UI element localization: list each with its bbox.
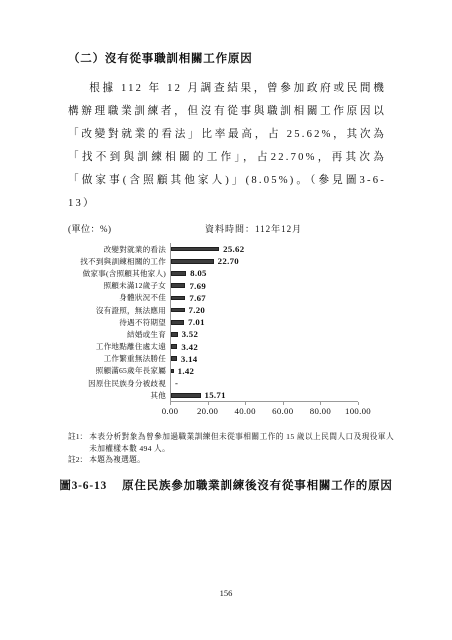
- chart-row: 待遇不符期望7.01: [64, 316, 452, 328]
- note-2-label: 註2：: [68, 454, 87, 466]
- bar: [171, 271, 186, 276]
- bar: [171, 369, 174, 374]
- bar: [171, 356, 177, 361]
- plot-area: 7.20: [170, 304, 452, 316]
- chart-row: 因原住民族身分被歧視-: [64, 377, 452, 389]
- axis-tick-label: 40.00: [235, 406, 256, 416]
- bar: [171, 283, 185, 288]
- plot-area: 1.42: [170, 365, 452, 377]
- category-label: 照顧未滿12歲子女: [64, 280, 170, 291]
- plot-area: 15.71: [170, 389, 452, 401]
- note-1-text: 本表分析對象為曾參加過職業訓練但未從事相關工作的 15 歲以上民間人口及現役軍人…: [89, 431, 394, 454]
- bar: [171, 393, 201, 398]
- chart-rows: 改變對就業的看法25.62找不到與訓練相關的工作22.70做家事(含照顧其他家人…: [64, 243, 452, 401]
- chart-row: 身體狀況不佳7.67: [64, 292, 452, 304]
- chart-row: 結婚或生育3.52: [64, 328, 452, 340]
- page-number: 156: [0, 588, 452, 598]
- bar: [171, 344, 177, 349]
- chart-row: 工作繁重無法勝任3.14: [64, 353, 452, 365]
- chart-row: 照顧滿65歲年長家屬1.42: [64, 365, 452, 377]
- note-1: 註1： 本表分析對象為曾參加過職業訓練但未從事相關工作的 15 歲以上民間人口及…: [68, 431, 394, 454]
- plot-area: 3.14: [170, 353, 452, 365]
- category-label: 照顧滿65歲年長家屬: [64, 365, 170, 376]
- value-label: 7.69: [189, 281, 206, 291]
- note-1-label: 註1：: [68, 431, 87, 454]
- bar: [171, 332, 178, 337]
- plot-area: 7.01: [170, 316, 452, 328]
- category-label: 結婚或生育: [64, 329, 170, 340]
- category-label: 待遇不符期望: [64, 317, 170, 328]
- note-2-text: 本題為複選題。: [89, 454, 394, 466]
- plot-area: 3.52: [170, 328, 452, 340]
- figure-caption: 圖3-6-13 原住民族參加職業訓練後沒有從事相關工作的原因: [0, 477, 452, 493]
- plot-area: 22.70: [170, 255, 452, 267]
- value-label: -: [175, 378, 178, 388]
- value-label: 7.20: [189, 305, 206, 315]
- value-label: 3.42: [181, 342, 198, 352]
- category-label: 其他: [64, 390, 170, 401]
- plot-area: 3.42: [170, 341, 452, 353]
- chart-meta-row: (單位：%) 資料時間：112年12月: [68, 222, 452, 236]
- category-label: 沒有證照，無法應用: [64, 305, 170, 316]
- value-label: 25.62: [223, 244, 244, 254]
- chart-row: 照顧未滿12歲子女7.69: [64, 280, 452, 292]
- bar-chart: 改變對就業的看法25.62找不到與訓練相關的工作22.70做家事(含照顧其他家人…: [64, 243, 452, 418]
- chart-row: 做家事(含照顧其他家人)8.05: [64, 267, 452, 279]
- chart-row: 找不到與訓練相關的工作22.70: [64, 255, 452, 267]
- value-label: 8.05: [190, 268, 207, 278]
- category-label: 身體狀況不佳: [64, 292, 170, 303]
- figure-title: 原住民族參加職業訓練後沒有從事相關工作的原因: [122, 477, 393, 493]
- plot-area: 8.05: [170, 267, 452, 279]
- notes: 註1： 本表分析對象為曾參加過職業訓練但未從事相關工作的 15 歲以上民間人口及…: [68, 431, 394, 466]
- value-label: 1.42: [178, 366, 195, 376]
- data-time-label: 資料時間：112年12月: [205, 222, 302, 235]
- value-label: 15.71: [205, 390, 226, 400]
- plot-area: 7.67: [170, 292, 452, 304]
- section-heading: （二）沒有從事職訓相關工作原因: [68, 0, 452, 66]
- bar: [171, 247, 219, 252]
- axis-tick: [358, 402, 359, 405]
- figure-number: 圖3-6-13: [59, 477, 107, 493]
- chart-row: 沒有證照，無法應用7.20: [64, 304, 452, 316]
- category-label: 找不到與訓練相關的工作: [64, 256, 170, 267]
- chart-row: 工作地點離住處太遠3.42: [64, 341, 452, 353]
- chart-row: 改變對就業的看法25.62: [64, 243, 452, 255]
- unit-label: (單位：%): [68, 222, 112, 235]
- axis-tick-label: 20.00: [197, 406, 218, 416]
- category-label: 因原住民族身分被歧視: [64, 378, 170, 389]
- axis-tick-label: 0.00: [162, 406, 179, 416]
- body-paragraph: 根據 112 年 12 月調查結果，曾參加政府或民間機構辦理職業訓練者，但沒有從…: [68, 77, 386, 215]
- category-label: 工作地點離住處太遠: [64, 341, 170, 352]
- plot-area: -: [170, 377, 452, 389]
- bar: [171, 320, 184, 325]
- value-label: 3.14: [181, 354, 198, 364]
- bar: [171, 259, 214, 264]
- chart-row: 其他15.71: [64, 389, 452, 401]
- x-axis-tick-labels: 0.0020.0040.0060.0080.00100.00: [170, 405, 358, 418]
- axis-tick-label: 100.00: [345, 406, 371, 416]
- axis-tick-label: 60.00: [272, 406, 293, 416]
- category-label: 做家事(含照顧其他家人): [64, 268, 170, 279]
- category-label: 改變對就業的看法: [64, 244, 170, 255]
- bar: [171, 296, 185, 301]
- value-label: 3.52: [182, 329, 199, 339]
- value-label: 7.01: [188, 317, 205, 327]
- value-label: 22.70: [218, 256, 239, 266]
- category-label: 工作繁重無法勝任: [64, 353, 170, 364]
- axis-tick-label: 80.00: [310, 406, 331, 416]
- bar: [171, 308, 185, 313]
- plot-area: 7.69: [170, 280, 452, 292]
- document-page: （二）沒有從事職訓相關工作原因 根據 112 年 12 月調查結果，曾參加政府或…: [0, 0, 452, 640]
- value-label: 7.67: [189, 293, 206, 303]
- note-2: 註2： 本題為複選題。: [68, 454, 394, 466]
- plot-area: 25.62: [170, 243, 452, 255]
